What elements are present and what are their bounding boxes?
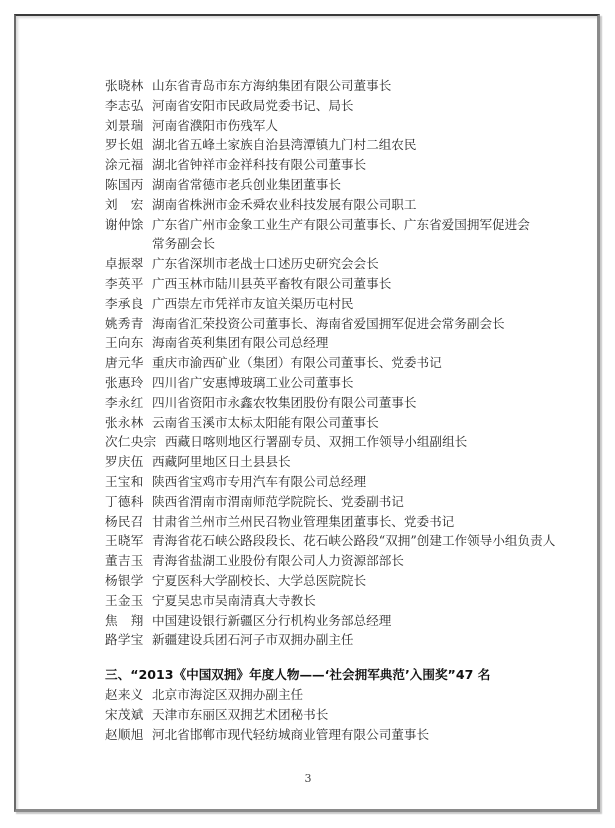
- person-title: 陕西省渭南市渭南师范学院院长、党委副书记: [152, 492, 404, 512]
- person-name: 路学宝: [105, 630, 144, 650]
- person-title-continued: 常务副会长: [152, 234, 215, 254]
- person-name: 刘景瑞: [105, 116, 144, 136]
- person-title: 海南省汇荣投资公司董事长、海南省爱国拥军促进会常务副会长: [152, 314, 505, 334]
- person-title: 宁夏医科大学副校长、大学总医院院长: [152, 571, 366, 591]
- person-title: 湖南省常德市老兵创业集团董事长: [152, 175, 341, 195]
- person-title: 湖北省钟祥市金祥科技有限公司董事长: [152, 155, 366, 175]
- person-title: 天津市东丽区双拥艺术团秘书长: [152, 705, 328, 725]
- list-item: 卓振翠广东省深圳市老战士口述历史研究会会长: [105, 254, 545, 274]
- person-name: 张惠玲: [105, 373, 144, 393]
- person-name: 王向东: [105, 333, 144, 353]
- person-name: 卓振翠: [105, 254, 144, 274]
- list-item: 张惠玲四川省广安惠博玻璃工业公司董事长: [105, 373, 545, 393]
- person-name: 张晓林: [105, 76, 144, 96]
- list-item: 姚秀青海南省汇荣投资公司董事长、海南省爱国拥军促进会常务副会长: [105, 314, 545, 334]
- person-name: 李志弘: [105, 96, 144, 116]
- person-name: 李承良: [105, 294, 144, 314]
- list-item: 王向东海南省英利集团有限公司总经理: [105, 333, 545, 353]
- person-name: 涂元福: [105, 155, 144, 175]
- list-item: 赵来义北京市海淀区双拥办副主任: [105, 685, 545, 705]
- list-item: 董吉玉青海省盐湖工业股份有限公司人力资源部部长: [105, 551, 545, 571]
- list-item: 李英平广西玉林市陆川县英平畜牧有限公司董事长: [105, 274, 545, 294]
- list-item: 杨民召甘肃省兰州市兰州民召物业管理集团董事长、党委书记: [105, 512, 545, 532]
- person-name: 罗长姐: [105, 135, 144, 155]
- person-title: 广西玉林市陆川县英平畜牧有限公司董事长: [152, 274, 391, 294]
- person-title: 四川省资阳市永鑫农牧集团股份有限公司董事长: [152, 393, 416, 413]
- person-title: 湖北省五峰土家族自治县湾潭镇九门村二组农民: [152, 135, 416, 155]
- person-title: 河北省邯郸市现代轻纺城商业管理有限公司董事长: [152, 725, 429, 745]
- list-item: 刘景瑞河南省濮阳市伤残军人: [105, 116, 545, 136]
- person-name: 赵顺旭: [105, 725, 144, 745]
- person-title: 湖南省株洲市金禾舜农业科技发展有限公司职工: [152, 195, 416, 215]
- person-name: 张永林: [105, 413, 144, 433]
- person-name: 李永红: [105, 393, 144, 413]
- list-item: 李志弘河南省安阳市民政局党委书记、局长: [105, 96, 545, 116]
- person-title: 云南省玉溪市太标太阳能有限公司董事长: [152, 413, 379, 433]
- person-name: 陈国丙: [105, 175, 144, 195]
- person-name: 李英平: [105, 274, 144, 294]
- list-item: 李永红四川省资阳市永鑫农牧集团股份有限公司董事长: [105, 393, 545, 413]
- person-name: 丁德科: [105, 492, 144, 512]
- person-title: 陕西省宝鸡市专用汽车有限公司总经理: [152, 472, 366, 492]
- award-list-section-two: 张晓林山东省青岛市东方海纳集团有限公司董事长李志弘河南省安阳市民政局党委书记、局…: [105, 76, 545, 650]
- person-title: 宁夏吴忠市吴南清真大寺教长: [152, 591, 316, 611]
- person-title: 海南省英利集团有限公司总经理: [152, 333, 328, 353]
- person-title: 中国建设银行新疆区分行机构业务部总经理: [152, 611, 391, 631]
- person-title: 新疆建设兵团石河子市双拥办副主任: [152, 630, 354, 650]
- list-item: 王晓军青海省花石峡公路段段长、花石峡公路段“双拥”创建工作领导小组负责人: [105, 531, 545, 551]
- person-title: 青海省花石峡公路段段长、花石峡公路段“双拥”创建工作领导小组负责人: [152, 531, 555, 551]
- person-name: 赵来义: [105, 685, 144, 705]
- page-number: 3: [300, 772, 316, 785]
- list-item: 杨银学宁夏医科大学副校长、大学总医院院长: [105, 571, 545, 591]
- list-item: 次仁央宗西藏日喀则地区行署副专员、双拥工作领导小组副组长: [105, 432, 545, 452]
- document-body: 张晓林山东省青岛市东方海纳集团有限公司董事长李志弘河南省安阳市民政局党委书记、局…: [105, 76, 545, 745]
- list-item: 张永林云南省玉溪市太标太阳能有限公司董事长: [105, 413, 545, 433]
- list-item: 王宝和陕西省宝鸡市专用汽车有限公司总经理: [105, 472, 545, 492]
- person-name: 宋茂斌: [105, 705, 144, 725]
- person-name: 董吉玉: [105, 551, 144, 571]
- person-title: 甘肃省兰州市兰州民召物业管理集团董事长、党委书记: [152, 512, 454, 532]
- list-item: 涂元福湖北省钟祥市金祥科技有限公司董事长: [105, 155, 545, 175]
- person-title: 西藏阿里地区日土县县长: [152, 452, 291, 472]
- list-item-continuation: 常务副会长: [105, 234, 545, 254]
- person-name: 谢仲馀: [105, 215, 144, 235]
- list-item: 焦 翔中国建设银行新疆区分行机构业务部总经理: [105, 611, 545, 631]
- person-name: 姚秀青: [105, 314, 144, 334]
- list-item: 路学宝新疆建设兵团石河子市双拥办副主任: [105, 630, 545, 650]
- person-title: 青海省盐湖工业股份有限公司人力资源部部长: [152, 551, 404, 571]
- person-name: 王晓军: [105, 531, 144, 551]
- list-item: 赵顺旭河北省邯郸市现代轻纺城商业管理有限公司董事长: [105, 725, 545, 745]
- person-title: 广东省深圳市老战士口述历史研究会会长: [152, 254, 379, 274]
- section-three-heading: 三、“2013《中国双拥》年度人物——‘社会拥军典范’入围奖”47 名: [105, 665, 545, 685]
- person-name: 焦 翔: [105, 611, 144, 631]
- person-name: 刘 宏: [105, 195, 144, 215]
- person-title: 山东省青岛市东方海纳集团有限公司董事长: [152, 76, 391, 96]
- person-title: 北京市海淀区双拥办副主任: [152, 685, 303, 705]
- person-name: 唐元华: [105, 353, 144, 373]
- list-item: 宋茂斌天津市东丽区双拥艺术团秘书长: [105, 705, 545, 725]
- person-name: 杨民召: [105, 512, 144, 532]
- person-title: 重庆市渝西矿业（集团）有限公司董事长、党委书记: [152, 353, 442, 373]
- list-item: 刘 宏湖南省株洲市金禾舜农业科技发展有限公司职工: [105, 195, 545, 215]
- list-item: 罗庆伍西藏阿里地区日土县县长: [105, 452, 545, 472]
- person-title: 四川省广安惠博玻璃工业公司董事长: [152, 373, 354, 393]
- section-spacer: [105, 650, 545, 665]
- person-title: 西藏日喀则地区行署副专员、双拥工作领导小组副组长: [165, 432, 467, 452]
- list-item: 谢仲馀广东省广州市金象工业生产有限公司董事长、广东省爱国拥军促进会: [105, 215, 545, 235]
- award-list-section-three: 赵来义北京市海淀区双拥办副主任宋茂斌天津市东丽区双拥艺术团秘书长赵顺旭河北省邯郸…: [105, 685, 545, 744]
- person-name: 罗庆伍: [105, 452, 144, 472]
- list-item: 李承良广西崇左市凭祥市友谊关渠历屯村民: [105, 294, 545, 314]
- person-name: 王金玉: [105, 591, 144, 611]
- person-name: 杨银学: [105, 571, 144, 591]
- person-name: 次仁央宗: [105, 432, 157, 452]
- person-title: 河南省濮阳市伤残军人: [152, 116, 278, 136]
- person-title: 河南省安阳市民政局党委书记、局长: [152, 96, 354, 116]
- list-item: 张晓林山东省青岛市东方海纳集团有限公司董事长: [105, 76, 545, 96]
- list-item: 王金玉宁夏吴忠市吴南清真大寺教长: [105, 591, 545, 611]
- list-item: 罗长姐湖北省五峰土家族自治县湾潭镇九门村二组农民: [105, 135, 545, 155]
- person-name: 王宝和: [105, 472, 144, 492]
- list-item: 唐元华重庆市渝西矿业（集团）有限公司董事长、党委书记: [105, 353, 545, 373]
- list-item: 丁德科陕西省渭南市渭南师范学院院长、党委副书记: [105, 492, 545, 512]
- person-title: 广西崇左市凭祥市友谊关渠历屯村民: [152, 294, 354, 314]
- list-item: 陈国丙湖南省常德市老兵创业集团董事长: [105, 175, 545, 195]
- person-title: 广东省广州市金象工业生产有限公司董事长、广东省爱国拥军促进会: [152, 215, 530, 235]
